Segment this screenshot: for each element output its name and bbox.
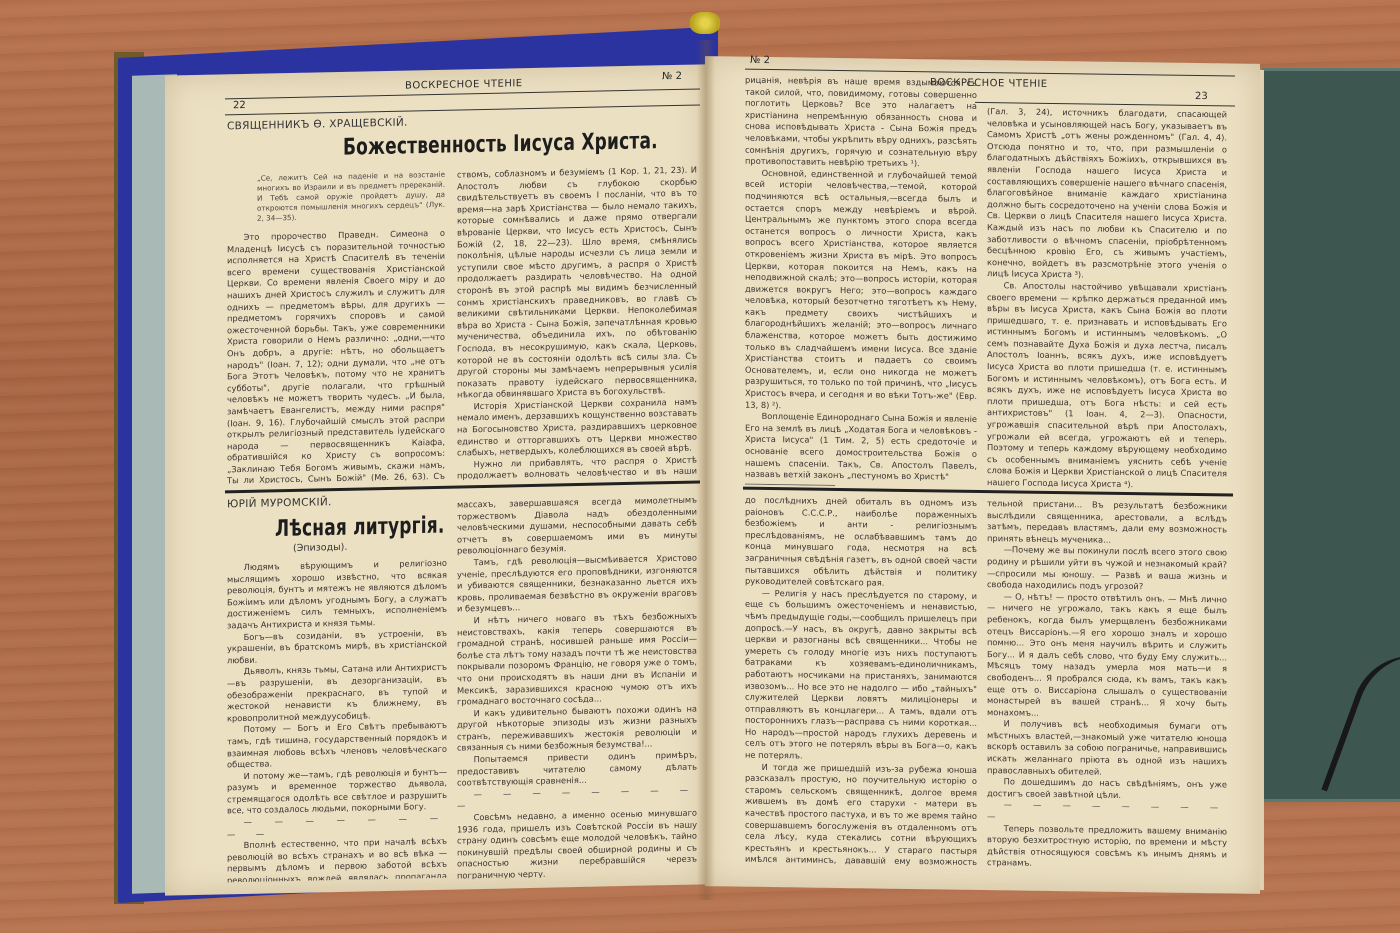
article-author: ЮРІЙ МУРОМСКІЙ. <box>227 496 332 510</box>
issue-number: № 2 <box>750 55 770 66</box>
paragraph: И получивъ всѣ необходимыя бумаги отъ мѣ… <box>987 718 1227 779</box>
page-number: 23 <box>1195 91 1208 102</box>
article-column: тельной пристани... Въ результатѣ безбож… <box>987 498 1227 871</box>
paragraph: И какъ удивительно бываютъ похожи одинъ … <box>457 703 697 754</box>
paragraph: Это пророчество Праведн. Симеона о Младе… <box>227 228 445 485</box>
article-subtitle: (Эпизоды). <box>293 542 347 554</box>
left-page: ВОСКРЕСНОЕ ЧТЕНІЕ № 2 22 СВЯЩЕННИКЪ Ѳ. Х… <box>165 64 705 895</box>
adjacent-green-book <box>1262 68 1400 802</box>
cable <box>1321 639 1400 819</box>
running-head: ВОСКРЕСНОЕ ЧТЕНІЕ <box>405 78 523 91</box>
paragraph: — Религія у насъ преслѣдуется по старому… <box>745 587 977 764</box>
footnote-rule <box>745 483 835 485</box>
paragraph: Вполнѣ естественно, что при началѣ всѣхъ… <box>227 836 447 882</box>
issue-number: № 2 <box>662 71 682 82</box>
paragraph: Основной, единственной и глубочайшей тем… <box>745 167 977 414</box>
paragraph: И тогда же пришедшій изъ-за рубежа юноша… <box>745 761 977 868</box>
paragraph: массахъ, завершавшаяся всегда мимолетным… <box>457 495 697 558</box>
bookmark-ribbon-tassel <box>690 12 720 34</box>
right-page: № 2 ВОСКРЕСНОЕ ЧТЕНІЕ 23 рицанія, невѣрі… <box>705 56 1260 894</box>
article-author: СВЯЩЕННИКЪ Ѳ. ХРАЩЕВСКІЙ. <box>227 117 408 133</box>
article-column: (Гал. 3, 24), источникъ благодати, спаса… <box>987 106 1227 491</box>
paragraph: ствомъ, соблазномъ и безуміемъ (1 Кор. 1… <box>457 165 697 402</box>
book-gutter <box>697 40 715 900</box>
article-column: ствомъ, соблазномъ и безуміемъ (1 Кор. 1… <box>457 165 697 482</box>
paragraph: Совсѣмъ недавно, а именно осенью минувша… <box>457 808 697 880</box>
article-column: рицанія, невѣрія въ наше время вздымаютс… <box>745 75 977 488</box>
paragraph: Людямъ вѣрующимъ и религіозно мыслящимъ … <box>227 558 447 632</box>
article-column: Людямъ вѣрующимъ и религіозно мыслящимъ … <box>227 558 447 883</box>
paragraph: Св. Апостолы настойчиво увѣщавали христі… <box>987 280 1227 491</box>
article-title: Божественность Іисуса Христа. <box>343 128 658 162</box>
paragraph: Воплощеніе Единороднаго Сына Божія и явл… <box>745 411 977 484</box>
article-column: массахъ, завершавшаяся всегда мимолетным… <box>457 495 697 880</box>
paragraph: По дошедшимъ до насъ свѣдѣніямъ, онъ уже… <box>987 776 1227 803</box>
paragraph: рицанія, невѣрія въ наше время вздымаютс… <box>745 75 977 171</box>
paragraph: Теперь позвольте предложить вашему внима… <box>987 823 1227 872</box>
paragraph: Нужно ли прибавлять, что распря о Христѣ… <box>457 454 697 481</box>
paragraph: до послѣднихъ дней обиталъ въ одномъ изъ… <box>745 495 977 591</box>
article-title: Лѣсная литургія. <box>275 512 445 543</box>
header-rule-2 <box>225 104 700 115</box>
paragraph: Потому — Богъ и Его Свѣтъ пребываютъ там… <box>227 720 447 771</box>
paragraph: Дьяволъ, князь тьмы, Сатана или Антихрис… <box>227 662 447 725</box>
epigraph: „Се, лежитъ Сей на паденіе и на возстані… <box>227 170 445 225</box>
paragraph: Исторія Христіанской Церкви сохранила на… <box>457 396 697 459</box>
paragraph: Тамъ, гдѣ революція—высмѣивается Христов… <box>457 552 697 615</box>
paragraph: —Почему же вы покинули послѣ всего этого… <box>987 544 1227 594</box>
section-break: — — — — — — — — — <box>987 800 1227 827</box>
paragraph: (Гал. 3, 24), источникъ благодати, спаса… <box>987 106 1227 283</box>
paragraph: тельной пристани... Въ результатѣ безбож… <box>987 498 1227 548</box>
paragraph: — О, нѣтъ! — просто отвѣтилъ онъ. — Мнѣ … <box>987 591 1227 722</box>
paragraph: И нѣтъ ничего новаго въ тѣхъ безбожныхъ … <box>457 610 697 708</box>
page-number: 22 <box>233 100 246 111</box>
paragraph: Попытаемся привести одинъ примѣръ, предо… <box>457 750 697 790</box>
paragraph: И потому же—тамъ, гдѣ революція и бунтъ—… <box>227 766 447 817</box>
article-column: „Се, лежитъ Сей на паденіе и на возстані… <box>227 170 445 485</box>
paragraph: Богъ—въ созиданіи, въ устроеніи, въ укра… <box>227 627 447 666</box>
article-column: до послѣднихъ дней обиталъ въ одномъ изъ… <box>745 495 977 868</box>
